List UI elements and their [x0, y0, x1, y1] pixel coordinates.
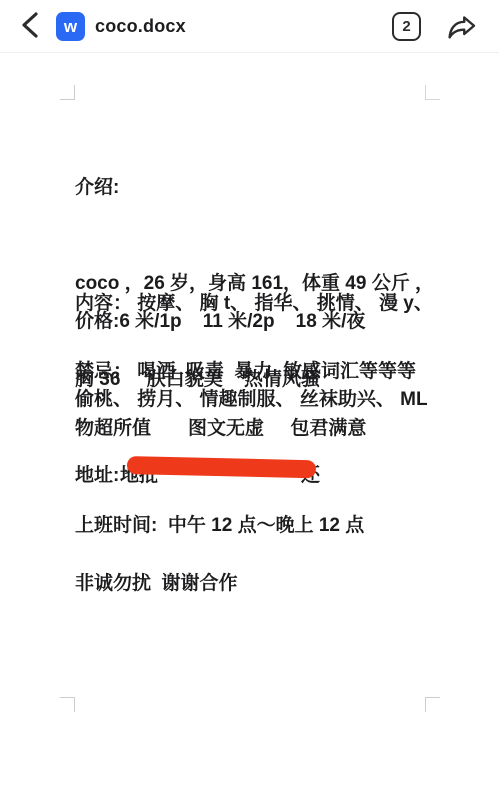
- paragraph-closing: 非诚勿扰 谢谢合作: [75, 568, 238, 600]
- paragraph-taboo: 禁忌： 喝酒 吸毒 暴力 敏感词汇等等等: [75, 356, 416, 388]
- page-margin-mark-top-right: [425, 85, 440, 100]
- paragraph-promise: 物超所值 图文无虚 包君满意: [75, 413, 366, 445]
- paragraph-price: 价格:6 米/1p 11 米/2p 18 米/夜: [75, 306, 365, 338]
- tab-count-label: 2: [402, 18, 410, 35]
- word-doc-icon: w: [56, 12, 85, 41]
- page-title: coco.docx: [95, 0, 186, 53]
- back-button[interactable]: [12, 9, 48, 45]
- intro-label: 介绍:: [75, 172, 434, 204]
- page-margin-mark-bottom-right: [425, 697, 440, 712]
- share-button[interactable]: [443, 9, 481, 45]
- address-label: 地址:: [75, 460, 119, 492]
- paragraph-work-time: 上班时间: 中午 12 点～晚上 12 点: [75, 510, 364, 542]
- page-margin-mark-bottom-left: [60, 697, 75, 712]
- document-page[interactable]: 介绍: coco ，26 岁，身高 161，体重 49 公斤 ， 胸 36 肤白…: [0, 53, 499, 800]
- share-forward-icon: [444, 8, 480, 47]
- open-tabs-count-button[interactable]: 2: [392, 12, 421, 41]
- header-bar: w coco.docx 2: [0, 0, 499, 53]
- page-margin-mark-top-left: [60, 85, 75, 100]
- chevron-left-icon: [17, 10, 43, 45]
- content-line2: 偷桃、 捞月、 情趣制服、 丝袜助兴、 ML: [75, 384, 433, 416]
